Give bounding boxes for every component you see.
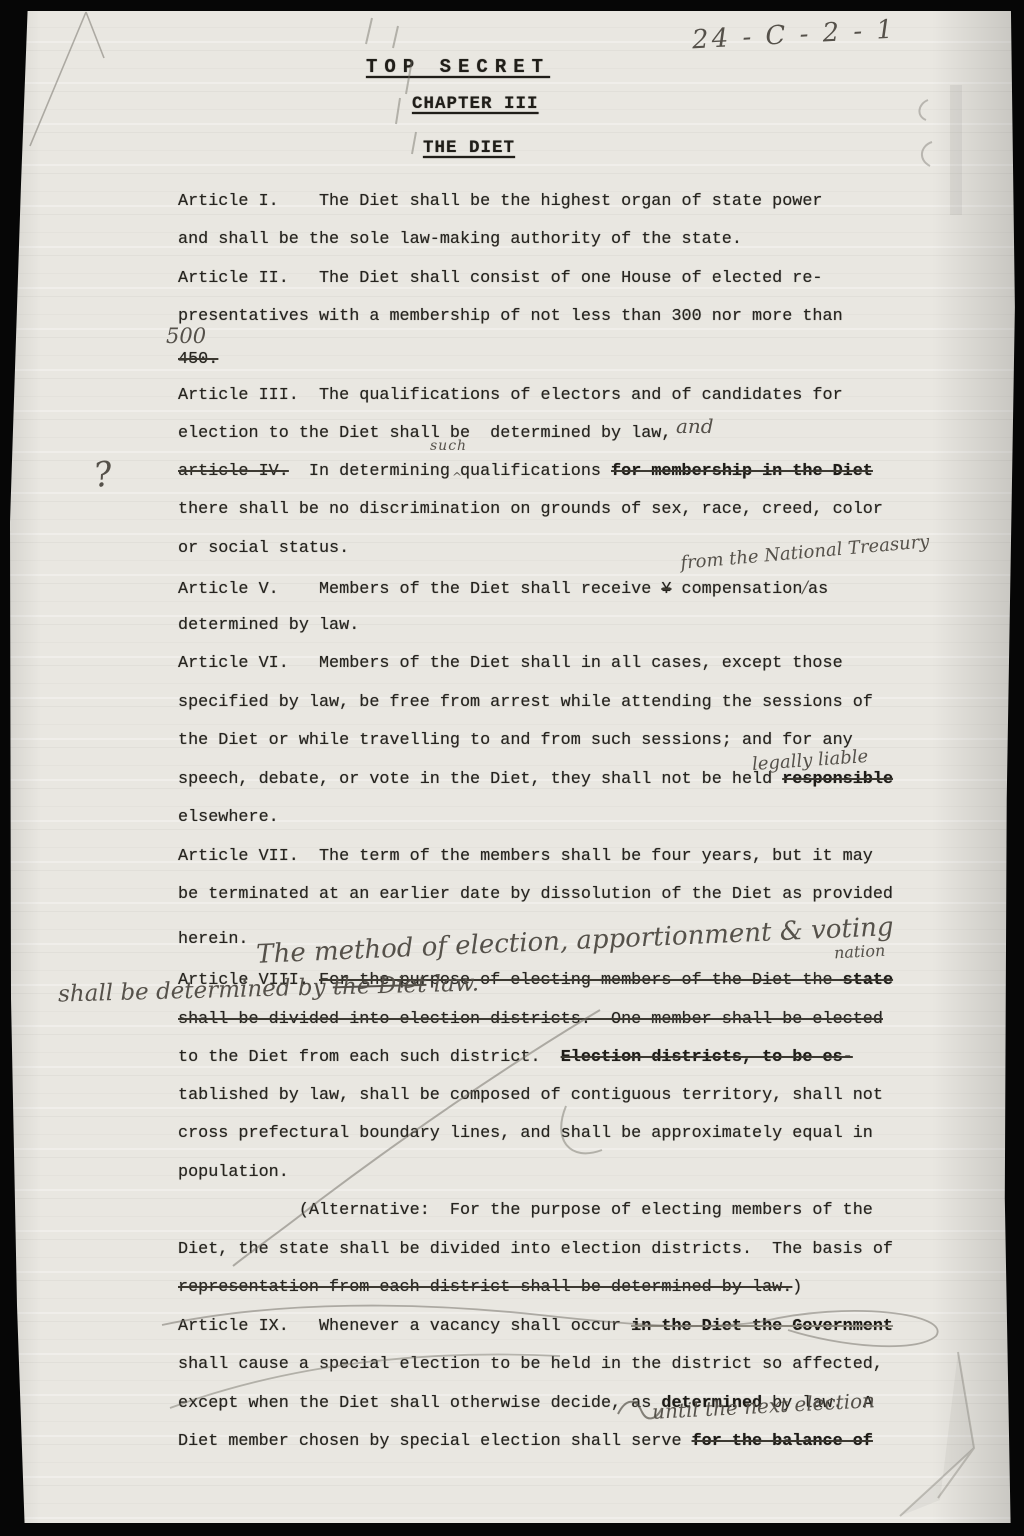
typed-line-article-9: Article IX. Whenever a vacancy shall occ…: [178, 1317, 893, 1337]
pencil-dashes-top: [366, 18, 416, 154]
typed-segment: tablished by law, shall be composed of c…: [178, 1086, 883, 1105]
handwritten-and: and: [676, 414, 714, 438]
typed-line-450-struck: 450.: [178, 350, 218, 370]
handwritten-such: such: [430, 438, 467, 454]
typed-segment: Article I. The Diet shall be the highest…: [178, 192, 823, 211]
chapter-heading: CHAPTER III: [412, 94, 539, 114]
typed-segment: Article VII. The term of the members sha…: [178, 847, 873, 866]
typed-line-article-7: Article VII. The term of the members sha…: [178, 847, 873, 867]
typed-line: representation from each district shall …: [178, 1278, 802, 1298]
scan-edge-left: [0, 0, 30, 1536]
handwritten-method-note: The method of election, apportionment & …: [256, 912, 895, 970]
fold-crease-bottom-right: [900, 1352, 974, 1516]
typed-segment: election to the Diet shall be determined…: [178, 424, 671, 443]
typed-segment: qualifications: [460, 462, 611, 481]
typed-line: shall cause a special election to be hel…: [178, 1355, 883, 1375]
typed-line-article-5: Article V. Members of the Diet shall rec…: [178, 577, 828, 600]
typed-line: tablished by law, shall be composed of c…: [178, 1086, 883, 1106]
typed-segment: Article VI. Members of the Diet shall in…: [178, 654, 843, 673]
typed-line: and shall be the sole law-making authori…: [178, 230, 742, 250]
classification-heading: TOP SECRET: [366, 56, 550, 78]
typed-line-article-3: Article III. The qualifications of elect…: [178, 386, 843, 406]
typed-segment: to the Diet from each such district.: [178, 1048, 561, 1067]
handwritten-nation: nation: [834, 941, 886, 963]
typed-segment: article IV.: [178, 462, 289, 481]
typed-segment: Diet member chosen by special election s…: [178, 1432, 692, 1451]
typed-segment: for the balance of: [692, 1432, 873, 1451]
typed-segment: Article III. The qualifications of elect…: [178, 386, 843, 405]
typed-segment: Article V. Members of the Diet shall rec…: [178, 580, 661, 599]
handwritten-doc-number: 24 - C - 2 - 1: [691, 15, 896, 56]
handwritten-margin-note: shall be determined by the Diet law.: [58, 970, 480, 1007]
typed-segment: responsible: [782, 770, 893, 789]
fold-crease-top-left: [30, 12, 104, 146]
typed-segment: specified by law, be free from arrest wh…: [178, 693, 873, 712]
typed-segment: compensation: [671, 580, 802, 599]
typed-segment: ¥: [661, 580, 671, 599]
typed-segment: except when the Diet shall otherwise dec…: [178, 1394, 661, 1413]
typed-segment: shall cause a special election to be hel…: [178, 1355, 883, 1374]
typed-line-article-2: Article II. The Diet shall consist of on…: [178, 269, 823, 289]
typed-segment: Election districts, to be es-: [561, 1048, 853, 1067]
typed-segment: population.: [178, 1163, 289, 1182]
margin-smudge-marks: [919, 100, 932, 166]
typed-segment: herein.: [178, 930, 249, 949]
handwritten-question-mark: ?: [91, 454, 115, 496]
typed-line: the Diet or while travelling to and from…: [178, 731, 853, 751]
typed-line: shall be divided into election districts…: [178, 1010, 883, 1030]
typed-segment: determined by law.: [178, 616, 359, 635]
typed-segment: state: [843, 971, 893, 990]
typed-line: elsewhere.: [178, 808, 279, 828]
typed-line: presentatives with a membership of not l…: [178, 307, 843, 327]
typed-line: be terminated at an earlier date by diss…: [178, 885, 893, 905]
typed-segment: for membership in the Diet: [611, 462, 873, 481]
scan-edge-bottom: [0, 1523, 1024, 1536]
typed-line: there shall be no discrimination on grou…: [178, 500, 883, 520]
scan-edge-right: [1000, 0, 1024, 1536]
typed-segment: speech, debate, or vote in the Diet, the…: [178, 770, 782, 789]
typed-line: or social status.: [178, 539, 349, 559]
scanned-document-page: 24 - C - 2 - 1 TOP SECRET CHAPTER III TH…: [0, 0, 1024, 1536]
typed-line: specified by law, be free from arrest wh…: [178, 693, 873, 713]
typed-segment: ): [792, 1278, 802, 1297]
typed-segment: as: [808, 580, 828, 599]
typed-segment: (Alternative: For the purpose of electin…: [178, 1201, 873, 1220]
typed-line: determined by law.: [178, 616, 359, 636]
typed-segment: in the Diet the Government: [631, 1317, 893, 1336]
typed-line-article-4: article IV. In determining qualification…: [178, 462, 873, 482]
typed-segment: the Diet or while travelling to and from…: [178, 731, 853, 750]
typed-line-article-1: Article I. The Diet shall be the highest…: [178, 192, 823, 212]
scan-streak: [950, 85, 962, 215]
insertion-caret: ^: [452, 470, 462, 484]
fold-shadow-bottom-right: [900, 1352, 974, 1516]
typed-segment: be terminated at an earlier date by diss…: [178, 885, 893, 904]
typed-segment: 450.: [178, 350, 218, 369]
handwritten-national-treasury: from the National Treasury: [680, 531, 931, 574]
typed-segment: Article IX. Whenever a vacancy shall occ…: [178, 1317, 631, 1336]
typed-segment: shall be divided into election districts…: [178, 1010, 883, 1029]
typed-segment: and shall be the sole law-making authori…: [178, 230, 742, 249]
typed-line: to the Diet from each such district. Ele…: [178, 1048, 853, 1068]
typed-segment: elsewhere.: [178, 808, 279, 827]
page-title: THE DIET: [423, 138, 515, 158]
typed-segment: representation from each district shall …: [178, 1278, 792, 1297]
typed-segment: presentatives with a membership of not l…: [178, 307, 843, 326]
typed-line: herein.: [178, 930, 249, 950]
typed-line: election to the Diet shall be determined…: [178, 424, 671, 444]
scan-edge-top: [0, 0, 1024, 11]
typed-segment: Diet, the state shall be divided into el…: [178, 1240, 893, 1259]
typed-line: Diet member chosen by special election s…: [178, 1432, 873, 1452]
handwritten-500: 500: [166, 324, 206, 348]
typed-line: Diet, the state shall be divided into el…: [178, 1240, 893, 1260]
typed-segment: there shall be no discrimination on grou…: [178, 500, 883, 519]
typed-line: population.: [178, 1163, 289, 1183]
typed-segment: cross prefectural boundary lines, and sh…: [178, 1124, 873, 1143]
typed-segment: Article II. The Diet shall consist of on…: [178, 269, 823, 288]
margin-note-pre: shall be determined by: [58, 974, 333, 1007]
typed-line-alternative: (Alternative: For the purpose of electin…: [178, 1201, 873, 1221]
typed-line-article-6: Article VI. Members of the Diet shall in…: [178, 654, 843, 674]
typed-segment: In determining: [289, 462, 460, 481]
margin-note-struck: the Diet: [332, 972, 426, 1000]
typed-line: cross prefectural boundary lines, and sh…: [178, 1124, 873, 1144]
typed-segment: or social status.: [178, 539, 349, 558]
margin-note-post: law.: [426, 970, 479, 997]
typed-line: speech, debate, or vote in the Diet, the…: [178, 770, 893, 790]
